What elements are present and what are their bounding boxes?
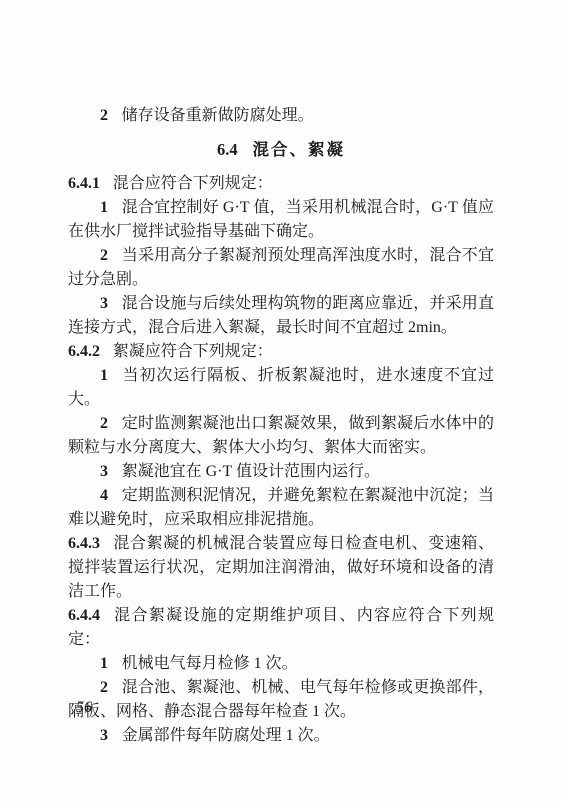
numbered-item: 2定时监测絮凝池出口絮凝效果，做到絮凝后水体中的颗粒与水分离度大、絮体大小均匀、… (68, 412, 494, 460)
numbered-item: 1机械电气每月检修 1 次。 (68, 652, 494, 676)
numbered-item: 3絮凝池宜在 G·T 值设计范围内运行。 (68, 460, 494, 484)
item-text: 储存设备重新做防腐处理。 (122, 107, 314, 124)
clause-paragraph: 6.4.4混合絮凝设施的定期维护项目、内容应符合下列规定： (68, 604, 494, 652)
item-text: 当初次运行隔板、折板絮凝池时，进水速度不宜过大。 (68, 367, 494, 408)
heading-title: 混合、絮凝 (252, 141, 345, 159)
numbered-item: 3混合设施与后续处理构筑物的距离应靠近，并采用直连接方式，混合后进入絮凝，最长时… (68, 292, 494, 340)
item-number: 2 (100, 679, 122, 696)
numbered-item: 2混合池、絮凝池、机械、电气每年检修或更换部件，隔板、网格、静态混合器每年检查 … (68, 676, 494, 724)
clause-number: 6.4.1 (68, 175, 113, 192)
clause-paragraph: 6.4.1混合应符合下列规定： (68, 172, 494, 196)
item-number: 1 (100, 199, 122, 216)
item-number: 3 (100, 295, 122, 312)
numbered-item: 2储存设备重新做防腐处理。 (68, 104, 494, 128)
clause-number: 6.4.4 (68, 607, 113, 624)
item-number: 1 (100, 655, 122, 672)
item-number: 2 (100, 107, 122, 124)
item-text: 当采用高分子絮凝剂预处理高浑浊度水时，混合不宜过分急剧。 (68, 247, 494, 288)
item-text: 金属部件每年防腐处理 1 次。 (122, 727, 330, 744)
clause-paragraph: 6.4.3混合絮凝的机械混合装置应每日检查电机、变速箱、搅拌装置运行状况，定期加… (68, 532, 494, 604)
numbered-item: 3金属部件每年防腐处理 1 次。 (68, 724, 494, 748)
item-text: 定时监测絮凝池出口絮凝效果，做到絮凝后水体中的颗粒与水分离度大、絮体大小均匀、絮… (68, 415, 494, 456)
heading-number: 6.4 (217, 140, 252, 159)
clause-number: 6.4.3 (68, 535, 113, 552)
item-number: 3 (100, 463, 122, 480)
document-page: 2储存设备重新做防腐处理。 6.4混合、絮凝 6.4.1混合应符合下列规定： 1… (0, 0, 561, 804)
clause-number: 6.4.2 (68, 343, 113, 360)
item-number: 4 (100, 487, 122, 504)
clause-paragraph: 6.4.2絮凝应符合下列规定： (68, 340, 494, 364)
clause-text: 混合应符合下列规定： (113, 175, 273, 192)
section-heading: 6.4混合、絮凝 (68, 138, 494, 162)
item-number: 3 (100, 727, 122, 744)
item-number: 2 (100, 247, 122, 264)
page-number: 56 (76, 699, 92, 717)
item-text: 絮凝池宜在 G·T 值设计范围内运行。 (122, 463, 380, 480)
numbered-item: 4定期监测积泥情况，并避免絮粒在絮凝池中沉淀；当难以避免时，应采取相应排泥措施。 (68, 484, 494, 532)
numbered-item: 1混合宜控制好 G·T 值，当采用机械混合时，G·T 值应在供水厂搅拌试验指导基… (68, 196, 494, 244)
clause-text: 混合絮凝的机械混合装置应每日检查电机、变速箱、搅拌装置运行状况，定期加注润滑油，… (68, 535, 494, 600)
page-body: 2储存设备重新做防腐处理。 6.4混合、絮凝 6.4.1混合应符合下列规定： 1… (68, 104, 494, 748)
item-text: 混合宜控制好 G·T 值，当采用机械混合时，G·T 值应在供水厂搅拌试验指导基础… (68, 199, 494, 240)
item-text: 定期监测积泥情况，并避免絮粒在絮凝池中沉淀；当难以避免时，应采取相应排泥措施。 (68, 487, 494, 528)
clause-text: 絮凝应符合下列规定： (113, 343, 273, 360)
item-number: 1 (100, 367, 122, 384)
item-text: 混合设施与后续处理构筑物的距离应靠近，并采用直连接方式，混合后进入絮凝，最长时间… (68, 295, 494, 336)
numbered-item: 2当采用高分子絮凝剂预处理高浑浊度水时，混合不宜过分急剧。 (68, 244, 494, 292)
item-number: 2 (100, 415, 122, 432)
numbered-item: 1当初次运行隔板、折板絮凝池时，进水速度不宜过大。 (68, 364, 494, 412)
item-text: 混合池、絮凝池、机械、电气每年检修或更换部件，隔板、网格、静态混合器每年检查 1… (68, 679, 494, 720)
item-text: 机械电气每月检修 1 次。 (122, 655, 298, 672)
clause-text: 混合絮凝设施的定期维护项目、内容应符合下列规定： (68, 607, 494, 648)
